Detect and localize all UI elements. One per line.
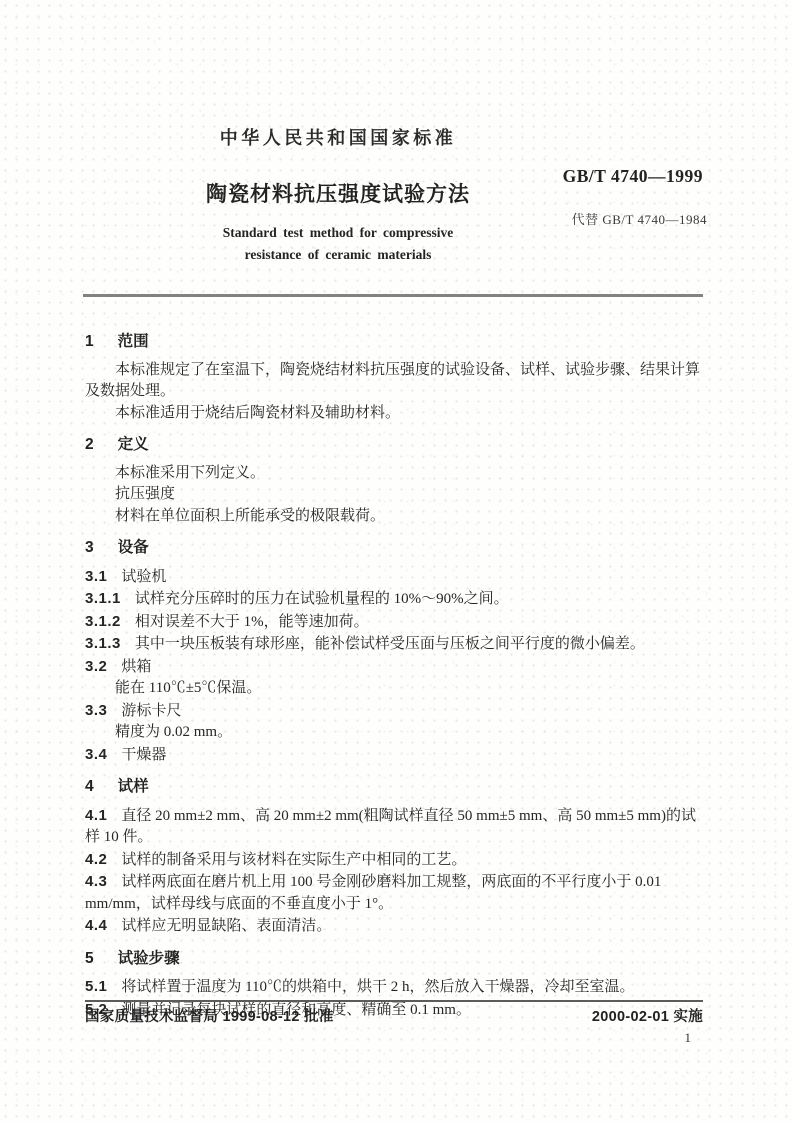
clause-4.1: 4.1直径 20 mm±2 mm、高 20 mm±2 mm(粗陶试样直径 50 … xyxy=(85,805,704,849)
section-title: 试验步骤 xyxy=(118,950,180,967)
section-title: 设备 xyxy=(118,539,149,556)
section-title: 范围 xyxy=(118,333,149,350)
section-number: 2 xyxy=(85,434,94,456)
section-heading: 3设备 xyxy=(85,537,704,559)
clause-4.4: 4.4试样应无明显缺陷、表面清洁。 xyxy=(85,915,704,938)
clause-3.2: 3.2烘箱 xyxy=(85,656,704,679)
clause-4.3: 4.3试样两底面在磨片机上用 100 号金刚砂磨料加工规整，两底面的不平行度小于… xyxy=(85,871,704,915)
clause-5.1: 5.1将试样置于温度为 110℃的烘箱中，烘干 2 h，然后放入干燥器，冷却至室… xyxy=(85,976,704,999)
clause-3.1: 3.1试验机 xyxy=(85,566,704,589)
section-number: 3 xyxy=(85,537,94,559)
footer-divider xyxy=(85,1000,703,1002)
clause-4.2: 4.2试样的制备采用与该材料在实际生产中相同的工艺。 xyxy=(85,849,704,872)
section-heading: 1范围 xyxy=(85,331,704,353)
clause-number: 4.3 xyxy=(85,873,107,890)
section-heading: 2定义 xyxy=(85,434,704,456)
clause-number: 3.4 xyxy=(85,746,107,763)
document-footer: 国家质量技术监督局 1999-08-12 批准 2000-02-01 实施 xyxy=(85,1005,703,1026)
section-number: 4 xyxy=(85,776,94,798)
document-page: 中华人民共和国国家标准 陶瓷材料抗压强度试验方法 Standard test m… xyxy=(0,0,792,1122)
clause-number: 3.1.1 xyxy=(85,590,121,607)
standard-title-chinese: 陶瓷材料抗压强度试验方法 xyxy=(85,178,591,208)
clause-3.4: 3.4干燥器 xyxy=(85,744,704,767)
document-body: 1范围本标准规定了在室温下，陶瓷烧结材料抗压强度的试验设备、试样、试验步骤、结果… xyxy=(85,295,704,1021)
section-1: 1范围本标准规定了在室温下，陶瓷烧结材料抗压强度的试验设备、试样、试验步骤、结果… xyxy=(85,331,704,424)
clause-number: 4.1 xyxy=(85,807,107,824)
section-title: 定义 xyxy=(118,436,149,453)
national-standard-label: 中华人民共和国国家标准 xyxy=(85,124,591,150)
implementation-note: 2000-02-01 实施 xyxy=(592,1005,703,1026)
paragraph: 本标准规定了在室温下，陶瓷烧结材料抗压强度的试验设备、试样、试验步骤、结果计算及… xyxy=(85,360,704,403)
standard-title-english-line1: Standard test method for compressive xyxy=(85,222,591,244)
paragraph: 材料在单位面积上所能承受的极限载荷。 xyxy=(85,506,704,528)
clause-number: 3.1.2 xyxy=(85,613,121,630)
section-2: 2定义本标准采用下列定义。抗压强度材料在单位面积上所能承受的极限载荷。 xyxy=(85,434,704,527)
replaces-note: 代替 GB/T 4740—1984 xyxy=(572,209,707,228)
section-4: 4试样4.1直径 20 mm±2 mm、高 20 mm±2 mm(粗陶试样直径 … xyxy=(85,776,704,938)
clause-number: 3.3 xyxy=(85,702,107,719)
section-heading: 4试样 xyxy=(85,776,704,798)
section-3: 3设备3.1试验机3.1.1试样充分压碎时的压力在试验机量程的 10%～90%之… xyxy=(85,537,704,766)
clause-number: 3.2 xyxy=(85,658,107,675)
approval-note: 国家质量技术监督局 1999-08-12 批准 xyxy=(85,1005,334,1026)
clause-3.3: 3.3游标卡尺 xyxy=(85,700,704,723)
page-number: 1 xyxy=(85,1030,703,1046)
paragraph: 本标准适用于烧结后陶瓷材料及辅助材料。 xyxy=(85,403,704,425)
clause-number: 3.1 xyxy=(85,568,107,585)
clause-number: 5.1 xyxy=(85,978,107,995)
clause-number: 3.1.3 xyxy=(85,635,121,652)
section-heading: 5试验步骤 xyxy=(85,948,704,970)
clause-3.1.1: 3.1.1试样充分压碎时的压力在试验机量程的 10%～90%之间。 xyxy=(85,588,704,611)
clause-3.1.2: 3.1.2相对误差不大于 1%，能等速加荷。 xyxy=(85,611,704,634)
clause-3.1.3: 3.1.3其中一块压板装有球形座，能补偿试样受压面与压板之间平行度的微小偏差。 xyxy=(85,633,704,656)
paragraph: 能在 110℃±5℃保温。 xyxy=(85,678,704,700)
section-number: 5 xyxy=(85,948,94,970)
section-title: 试样 xyxy=(118,778,149,795)
standard-title-english: Standard test method for compressive res… xyxy=(85,222,591,266)
section-number: 1 xyxy=(85,331,94,353)
standard-number: GB/T 4740—1999 xyxy=(563,166,703,187)
paragraph: 精度为 0.02 mm。 xyxy=(85,722,704,744)
paragraph: 抗压强度 xyxy=(85,484,704,506)
paragraph: 本标准采用下列定义。 xyxy=(85,463,704,485)
document-header: 中华人民共和国国家标准 陶瓷材料抗压强度试验方法 Standard test m… xyxy=(0,0,792,295)
clause-number: 4.2 xyxy=(85,851,107,868)
clause-number: 4.4 xyxy=(85,917,107,934)
standard-title-english-line2: resistance of ceramic materials xyxy=(85,244,591,266)
header-divider xyxy=(83,294,703,297)
